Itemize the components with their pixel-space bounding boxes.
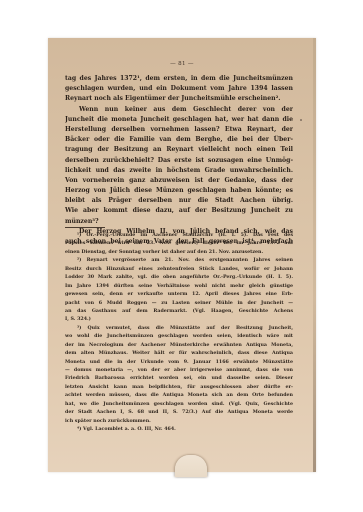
body-line: Herstellung derselben vornehmen lassen? …	[65, 125, 293, 135]
body-line: Wie aber kommt diese dazu, auf der Besit…	[65, 206, 293, 216]
body-line: derselben zurückbehielt? Das erste ist s…	[65, 156, 293, 166]
footnote-line: ¹) Or.-Perg.-Urkunde im Aachener Stadtar…	[65, 232, 293, 240]
body-line: geschlagen wurden, und ein Dokument vom …	[65, 84, 293, 94]
scanned-page: — 81 — tag des Jahres 1372¹, dem ersten,…	[48, 38, 316, 472]
body-line: Von vorneherein ganz abzuweisen ist der …	[65, 176, 293, 186]
body-line: Herzog von Jülich diese Münzen geschlage…	[65, 186, 293, 196]
footnote-line: ⁴) Vgl. Lacomblet a. a. O. III, Nr. 464.	[65, 426, 293, 434]
footnote-line: — domus monetaria —, von der er aber irr…	[65, 367, 293, 375]
footnotes: ¹) Or.-Perg.-Urkunde im Aachener Stadtar…	[65, 232, 293, 435]
footnote-line: der im Necrologium der Aachener Münsterk…	[65, 342, 293, 350]
body-line: tragung der Besitzung an Reynart viellei…	[65, 145, 293, 155]
body-line: Juncheit die moneta Juncheit geschlagen …	[65, 115, 293, 125]
body-line: Wenn nun keiner aus dem Geschlecht derer…	[65, 105, 293, 115]
footnote-line: Moneta und die in der Urkunde vom 9. Jan…	[65, 359, 293, 367]
body-line: Reynart noch als Eigentümer der Juncheit…	[65, 94, 293, 104]
footnote-line: I, S. 324.)	[65, 316, 293, 324]
body-line: Bäcker oder die Familie van dem Berghe, …	[65, 135, 293, 145]
footnote-line: ich später noch zurückkommen.	[65, 418, 293, 426]
page-holder-tab	[175, 455, 207, 477]
footnote-line: ²) Reynart vergrösserte am 21. Nov. des …	[65, 257, 293, 265]
body-line: münzen³?	[65, 217, 293, 227]
footnote-line: Im Jahre 1394 dürften seine Verhältnisse…	[65, 283, 293, 291]
page-number: — 81 —	[48, 61, 316, 67]
footnote-line: hat, wo die Juncheitsmünzen geschlagen w…	[65, 401, 293, 409]
footnote-line: pacht von 6 Mudd Roggen — zu Lasten sein…	[65, 300, 293, 308]
body-line: bleibt als Präger derselben nur die Stad…	[65, 196, 293, 206]
footnote-line: dem alten Münzhaus. Weiter hält er für w…	[65, 350, 293, 358]
margin-speck	[300, 119, 302, 121]
footnote-line: wo wohl die Juncheitsmünzen geschlagen w…	[65, 333, 293, 341]
body-line: lichkeit und das zweite in höchstem Grad…	[65, 166, 293, 176]
footnote-line: an das Gasthaus auf dem Radermarkt. (Vgl…	[65, 308, 293, 316]
footnote-line: Besitz durch Hinzukauf eines zehntenfrei…	[65, 266, 293, 274]
body-text: tag des Jahres 1372¹, dem ersten, in dem…	[65, 74, 293, 247]
footnote-line: achtet werden müssen, dass die Antiqua M…	[65, 392, 293, 400]
footnote-line: Lodder 30 Mark zahlte, vgl. die oben ang…	[65, 274, 293, 282]
body-line: tag des Jahres 1372¹, dem ersten, in dem…	[65, 74, 293, 84]
footnote-line: Friedrich Barbarossa errichtet worden se…	[65, 375, 293, 383]
footnote-line: gewesen sein, denn er verkaufte unterm 1…	[65, 291, 293, 299]
footnote-line: einen Dienstag, der Sonntag vorher ist d…	[65, 249, 293, 257]
footnote-line: ³) Quix vermutet, dass die Münzstätte au…	[65, 325, 293, 333]
footnote-line: letzten Ansicht kann man beipflichten, f…	[65, 384, 293, 392]
footnote-separator	[65, 227, 105, 228]
footnote-line: Papstes Klemens wird am 23. Nov. gefeier…	[65, 240, 293, 248]
footnote-line: der Stadt Aachen I, S. 68 und II, S. 72/…	[65, 409, 293, 417]
